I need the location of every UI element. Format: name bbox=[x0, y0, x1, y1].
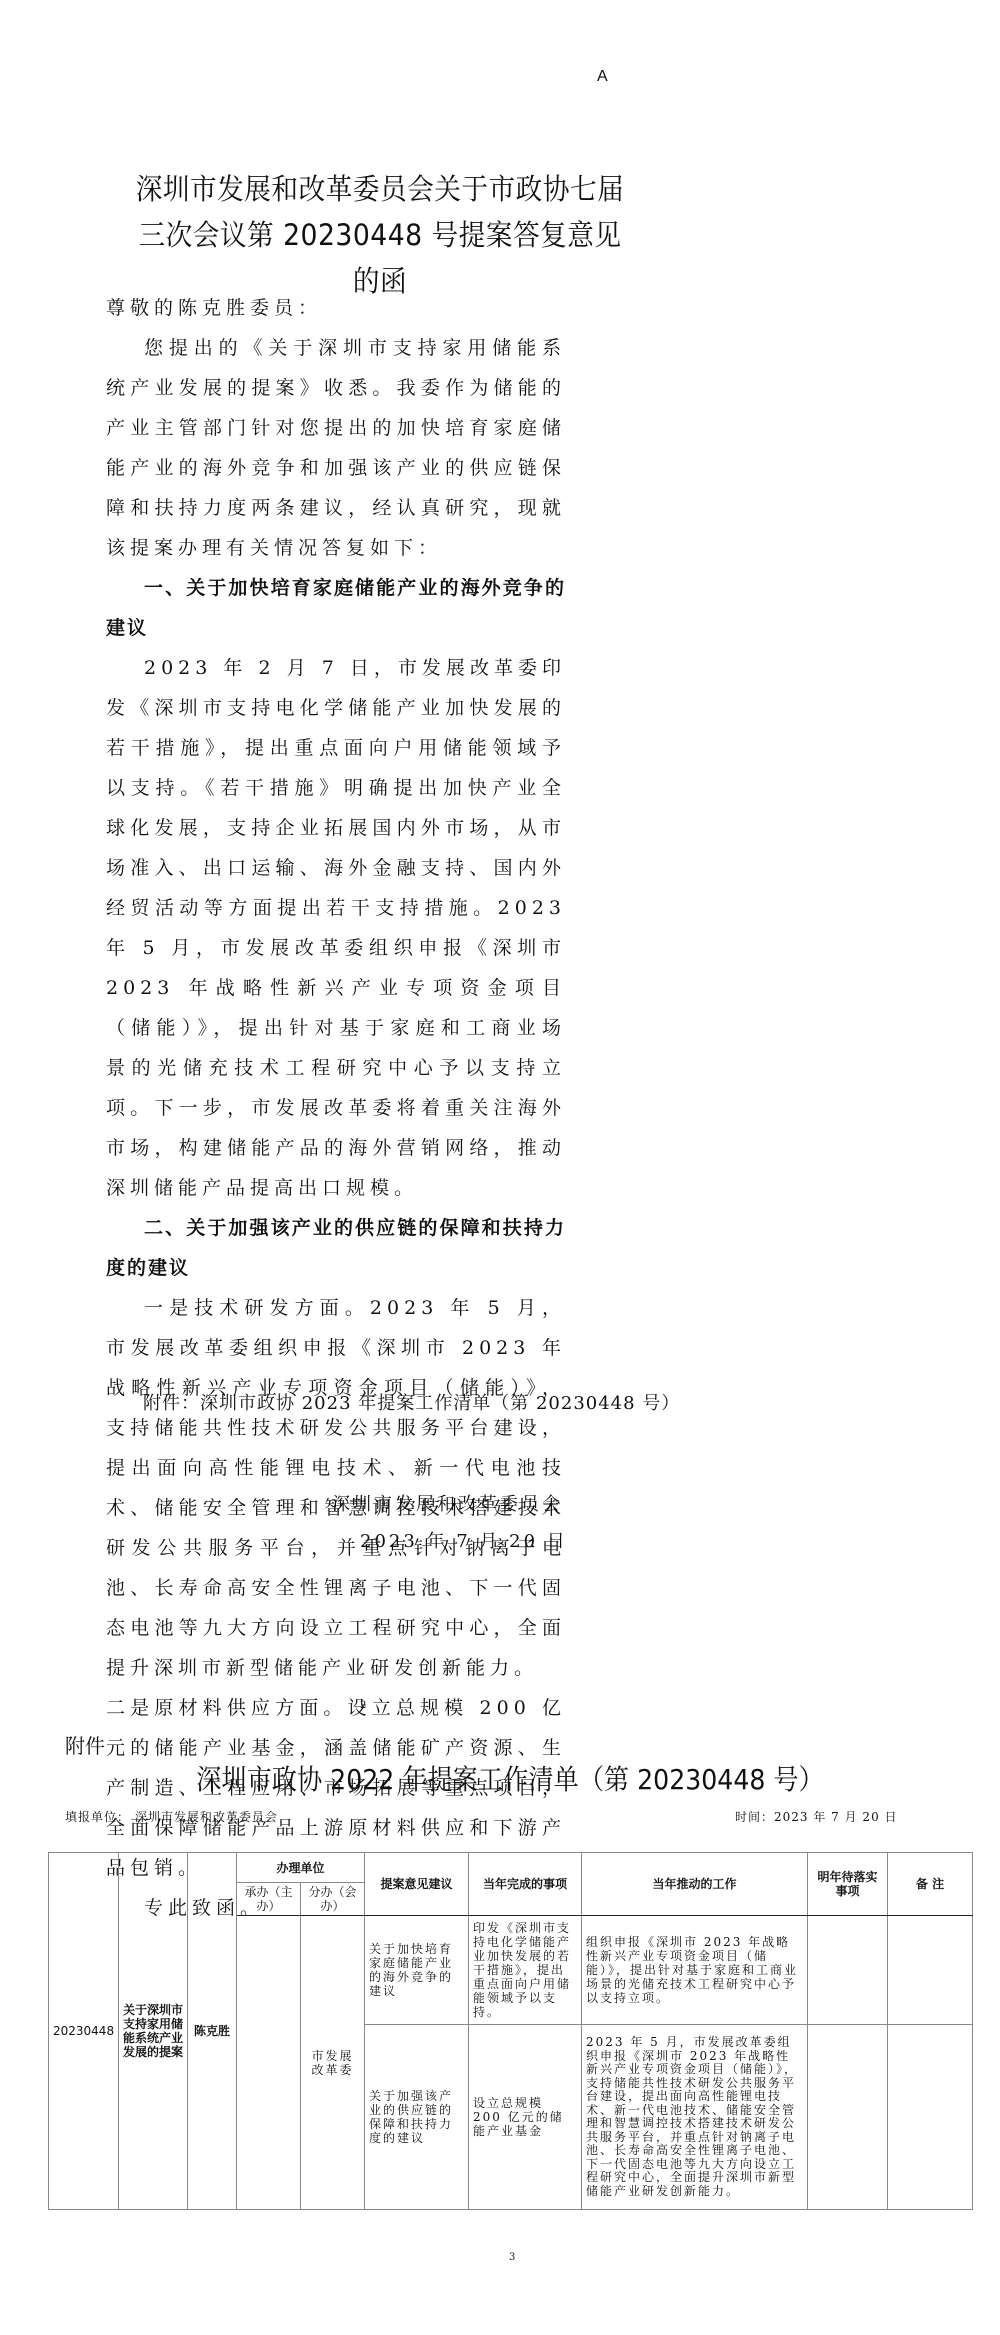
completed-1: 印发《深圳市支持电化学储能产业加快发展的若干措施》，提出重点面向户用储能领域予以… bbox=[469, 1916, 582, 2025]
lead-unit bbox=[237, 1916, 301, 2210]
page-number: 2 bbox=[360, 1700, 366, 1711]
letter-title-line-1: 深圳市发展和改革委员会关于市政协七届 bbox=[132, 166, 629, 212]
attachment-note: 附件：深圳市政协 2023 年提案工作清单（第 20230448 号） bbox=[143, 1389, 680, 1415]
salutation: 尊敬的陈克胜委员： bbox=[106, 288, 566, 328]
signature-org: 深圳市发展和改革委员会 bbox=[332, 1490, 563, 1516]
corner-mark: A bbox=[597, 68, 608, 86]
promoted-2: 2023 年 5 月，市发展改革委组织申报《深圳市 2023 年战略性新兴产业专… bbox=[582, 2025, 808, 2210]
worklist-title: 深圳市政协 2022 年提案工作清单（第 20230448 号） bbox=[168, 1758, 852, 1798]
header-completed: 当年完成的事项 bbox=[469, 1853, 582, 1916]
header-handling-unit: 办理单位 bbox=[237, 1853, 365, 1883]
fill-unit: 填报单位： 深圳市发展和改革委员会 bbox=[65, 1808, 278, 1825]
letter-body: 尊敬的陈克胜委员： 您提出的《关于深圳市支持家用储能系统产业发展的提案》收悉。我… bbox=[106, 288, 566, 1928]
attachment-label: 附件 bbox=[65, 1730, 105, 1759]
suggestion-1: 关于加快培育家庭储能产业的海外竞争的建议 bbox=[365, 1916, 469, 2025]
remarks-2 bbox=[888, 2025, 973, 2210]
co-unit: 市发展改革委 bbox=[301, 1916, 365, 2210]
next-year-2 bbox=[808, 2025, 888, 2210]
signature-date: 2023 年 7 月 20 日 bbox=[360, 1527, 568, 1553]
proposer: 陈克胜 bbox=[188, 1853, 237, 2210]
section-1-heading: 一、关于加快培育家庭储能产业的海外竞争的建议 bbox=[106, 568, 566, 648]
header-suggestion: 提案意见建议 bbox=[365, 1853, 469, 1916]
worklist-table: 20230448 关于深圳市支持家用储能系统产业发展的提案 陈克胜 办理单位 提… bbox=[48, 1852, 973, 2210]
proposal-title: 关于深圳市支持家用储能系统产业发展的提案 bbox=[119, 1853, 188, 2210]
header-next-year: 明年待落实事项 bbox=[808, 1853, 888, 1916]
suggestion-2: 关于加强该产业的供应链的保障和扶持力度的建议 bbox=[365, 2025, 469, 2210]
section-2-heading: 二、关于加强该产业的供应链的保障和扶持力度的建议 bbox=[106, 1208, 566, 1288]
next-year-1 bbox=[808, 1916, 888, 2025]
remarks-1 bbox=[888, 1916, 973, 2025]
header-co: 分办（会办） bbox=[301, 1883, 365, 1916]
header-promoted: 当年推动的工作 bbox=[582, 1853, 808, 1916]
promoted-1: 组织申报《深圳市 2023 年战略性新兴产业专项资金项目（储能）》，提出针对基于… bbox=[582, 1916, 808, 2025]
section-2-body-tech: 一是技术研发方面。2023 年 5 月，市发展改革委组织申报《深圳市 2023 … bbox=[106, 1288, 566, 1688]
fill-time: 时间：2023 年 7 月 20 日 bbox=[735, 1808, 898, 1825]
proposal-number: 20230448 bbox=[49, 1853, 119, 2210]
header-remarks: 备 注 bbox=[888, 1853, 973, 1916]
intro-paragraph: 您提出的《关于深圳市支持家用储能系统产业发展的提案》收悉。我委作为储能的产业主管… bbox=[106, 328, 566, 568]
completed-2: 设立总规模 200 亿元的储能产业基金 bbox=[469, 2025, 582, 2210]
header-lead: 承办（主办） bbox=[237, 1883, 301, 1916]
section-1-body: 2023 年 2 月 7 日，市发展改革委印发《深圳市支持电化学储能产业加快发展… bbox=[106, 648, 566, 1208]
page-number-3: 3 bbox=[509, 2252, 515, 2263]
